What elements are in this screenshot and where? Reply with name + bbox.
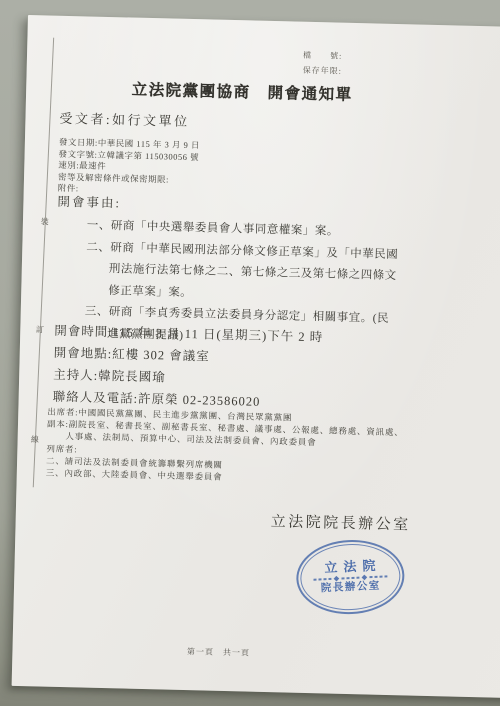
dash-line	[313, 578, 331, 581]
meeting-details: 開會時間:115 年 3 月 11 日(星期三)下午 2 時 開會地點:紅樓 3…	[52, 320, 323, 415]
dash-line	[341, 577, 359, 580]
subject-label: 開會事由:	[57, 192, 121, 212]
dash-line	[369, 575, 387, 578]
stamp-bottom-text: 院長辦公室	[321, 581, 381, 596]
document-paper: 裝 訂 線 檔 號: 保存年限: 立法院黨團協商 開會通知單 受文者:如行文單位…	[12, 15, 500, 699]
subject-item-2: 二、研商「中華民國刑法部分條文修正草案」及「中華民國刑法施行法第七條之二、第七條…	[85, 237, 398, 309]
binding-mark-ding: 訂	[36, 325, 44, 334]
meta-block: 發文日期:中華民國 115 年 3 月 9 日 發文字號:立韓議字第 11503…	[58, 137, 200, 198]
retention-label: 保存年限:	[303, 63, 453, 82]
binding-mark-zhuang: 裝	[41, 217, 49, 226]
diamond-icon	[334, 576, 340, 582]
photo-background: { "doc": { "corner": { "file_no_label": …	[0, 0, 500, 706]
corner-labels: 檔 號: 保存年限:	[303, 48, 454, 82]
office-signature: 立法院院長辦公室	[270, 510, 410, 534]
diamond-icon	[362, 575, 368, 581]
binding-mark-xian: 線	[31, 435, 39, 444]
stamp-divider	[313, 574, 387, 581]
stamp-top-text: 立法院	[318, 559, 382, 576]
recipient-line: 受文者:如行文單位	[59, 108, 190, 130]
page-footer: 第一頁 共一頁	[12, 642, 424, 663]
attendees-block: 出席者:中國國民黨黨團、民主進步黨黨團、台灣民眾黨黨團 副本:副院長室、秘書長室…	[46, 406, 410, 488]
office-stamp-seal: 立法院 院長辦公室	[295, 538, 406, 617]
